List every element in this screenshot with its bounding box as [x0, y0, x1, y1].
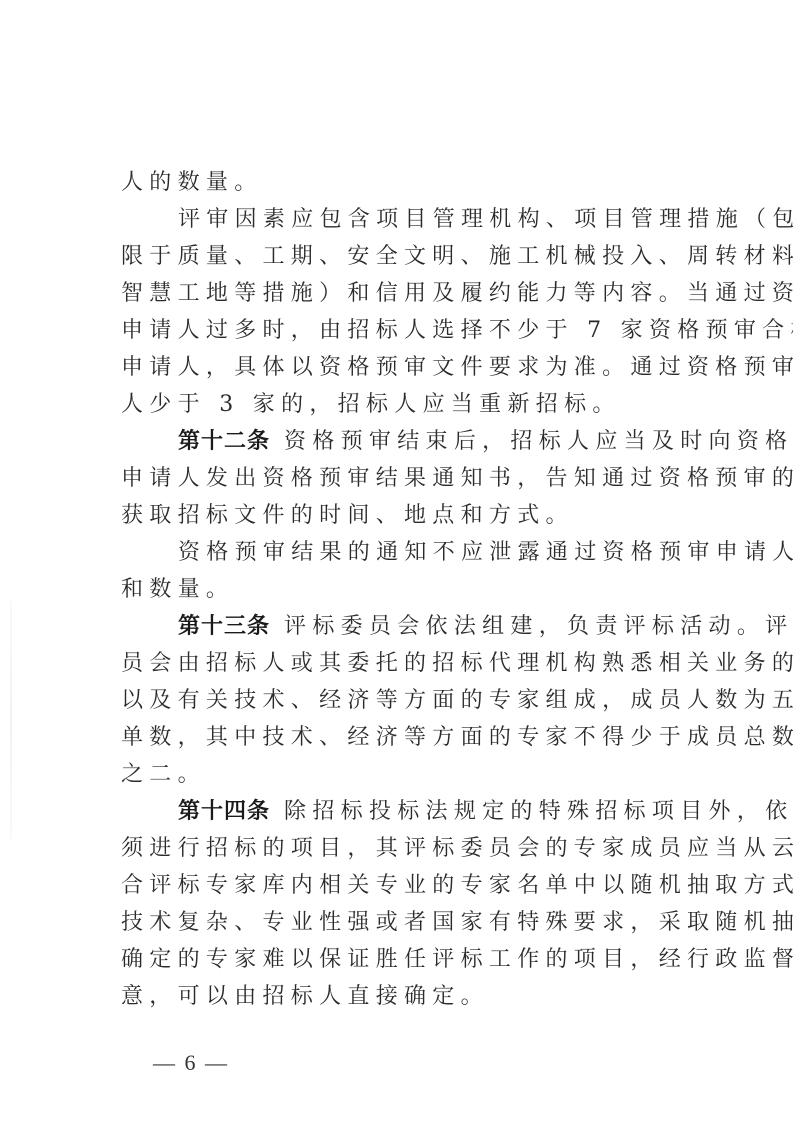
text-line: 技术复杂、专业性强或者国家有特殊要求，采取随机抽取方式 [121, 904, 691, 941]
text-line: 须进行招标的项目，其评标委员会的专家成员应当从云南省综 [121, 830, 691, 867]
scan-edge-mark [10, 600, 12, 840]
article-text: 除招标投标法规定的特殊招标项目外，依法必 [284, 799, 793, 824]
article-14-line: 第十四条除招标投标法规定的特殊招标项目外，依法必 [121, 793, 691, 830]
text-line: 人的数量。 [121, 164, 691, 201]
text-line: 获取招标文件的时间、地点和方式。 [121, 497, 691, 534]
article-text: 评标委员会依法组建，负责评标活动。评标委 [284, 614, 793, 639]
text-line: 确定的专家难以保证胜任评标工作的项目，经行政监督部门同 [121, 941, 691, 978]
text-line: 智慧工地等措施）和信用及履约能力等内容。当通过资格预审 [121, 275, 691, 312]
text-line: 员会由招标人或其委托的招标代理机构熟悉相关业务的代表， [121, 645, 691, 682]
text-line: 之二。 [121, 756, 691, 793]
text-line: 申请人，具体以资格预审文件要求为准。通过资格预审的申请 [121, 349, 691, 386]
document-body: 人的数量。 评审因素应包含项目管理机构、项目管理措施（包括但不 限于质量、工期、… [121, 164, 691, 1015]
article-text: 资格预审结束后，招标人应当及时向资格预审 [284, 429, 793, 454]
article-heading: 第十三条 [178, 614, 270, 639]
text-line: 申请人过多时，由招标人选择不少于 7 家资格预审合格的投标 [121, 312, 691, 349]
text-line: 资格预审结果的通知不应泄露通过资格预审申请人的名称 [121, 534, 691, 571]
text-line: 人少于 3 家的，招标人应当重新招标。 [121, 386, 691, 423]
page-number: — 6 — [153, 1050, 229, 1076]
text-line: 申请人发出资格预审结果通知书，告知通过资格预审的申请人 [121, 460, 691, 497]
document-page: 人的数量。 评审因素应包含项目管理机构、项目管理措施（包括但不 限于质量、工期、… [0, 0, 793, 1122]
text-line: 以及有关技术、经济等方面的专家组成，成员人数为五人以上 [121, 682, 691, 719]
article-13-line: 第十三条评标委员会依法组建，负责评标活动。评标委 [121, 608, 691, 645]
article-12-line: 第十二条资格预审结束后，招标人应当及时向资格预审 [121, 423, 691, 460]
article-heading: 第十二条 [178, 429, 270, 454]
text-line: 意，可以由招标人直接确定。 [121, 978, 691, 1015]
article-heading: 第十四条 [178, 799, 270, 824]
text-line: 单数，其中技术、经济等方面的专家不得少于成员总数的三分 [121, 719, 691, 756]
text-line: 合评标专家库内相关专业的专家名单中以随机抽取方式确定； [121, 867, 691, 904]
text-line: 和数量。 [121, 571, 691, 608]
text-line: 评审因素应包含项目管理机构、项目管理措施（包括但不 [121, 201, 691, 238]
text-line: 限于质量、工期、安全文明、施工机械投入、周转材料投入、 [121, 238, 691, 275]
